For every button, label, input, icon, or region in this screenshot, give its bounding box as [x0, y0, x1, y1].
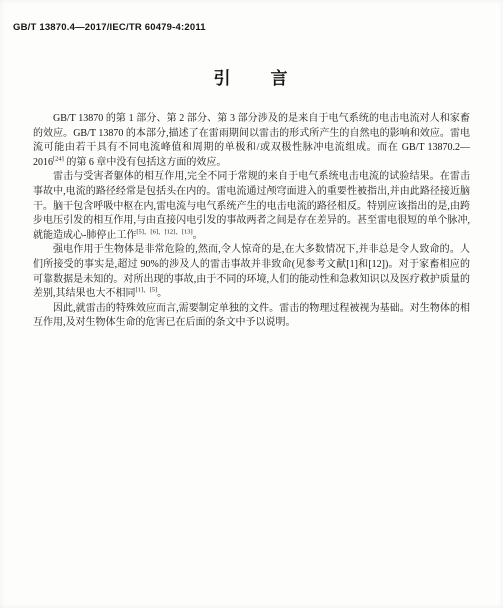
paragraph-4-text: 因此,就雷击的特殊效应而言,需要制定单独的文件。雷击的物理过程被视为基础。对生物… [33, 303, 470, 329]
reference-markers-1-5: [1]、[5] [136, 287, 158, 294]
paragraph-1-text-cont: 的第 6 章中没有包括这方面的效应。 [64, 157, 227, 168]
reference-marker-24: [24] [53, 155, 64, 162]
paragraph-2-text: 雷击与受害者躯体的相互作用,完全不同于常规的来自于电气系统电击电流的试验结果。在… [33, 171, 470, 240]
paragraph-3-text-cont: 。 [157, 288, 167, 299]
reference-markers-5-6-12-13: [5]、[6]、[12]、[13] [136, 228, 192, 235]
paragraph-4: 因此,就雷击的特殊效应而言,需要制定单独的文件。雷击的物理过程被视为基础。对生物… [33, 302, 470, 331]
document-standard-code: GB/T 13870.4—2017/IEC/TR 60479-4:2011 [13, 22, 206, 33]
paragraph-3: 强电作用于生物体是非常危险的,然而,令人惊奇的是,在大多数情况下,并非总是令人致… [33, 243, 470, 301]
paragraph-2-text-cont: 。 [193, 230, 203, 241]
paragraph-3-text: 强电作用于生物体是非常危险的,然而,令人惊奇的是,在大多数情况下,并非总是令人致… [33, 244, 470, 299]
paragraph-1: GB/T 13870 的第 1 部分、第 2 部分、第 3 部分涉及的是来自于电… [33, 112, 470, 170]
document-body: GB/T 13870 的第 1 部分、第 2 部分、第 3 部分涉及的是来自于电… [33, 112, 470, 331]
paragraph-2: 雷击与受害者躯体的相互作用,完全不同于常规的来自于电气系统电击电流的试验结果。在… [33, 170, 470, 243]
document-page: GB/T 13870.4—2017/IEC/TR 60479-4:2011 引 … [0, 0, 503, 608]
page-title: 引 言 [0, 64, 503, 89]
